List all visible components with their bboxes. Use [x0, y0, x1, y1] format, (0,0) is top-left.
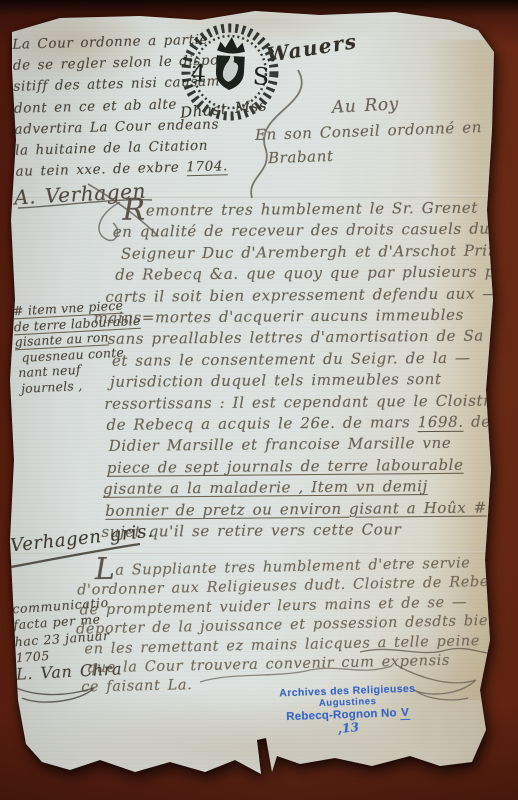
royal-address-line: Au Roy — [332, 94, 400, 117]
photo-of-document: La Cour ordonne a partie de se regler se… — [0, 0, 518, 800]
margin-note-communication: communicatio facta per me hac 23 januar … — [12, 595, 113, 667]
ordinance-date-year: 1704. — [186, 158, 228, 176]
paper-sheet-wrapper: La Cour ordonne a partie de se regler se… — [0, 0, 518, 800]
manuscript-line: de Rebecq a acquis le 26e. de mars 1698.… — [106, 411, 518, 436]
petition-paragraph-1: Remontre tres humblement le Sr. Grenet e… — [99, 197, 518, 543]
seal-denomination-right: S — [252, 62, 270, 91]
manuscript-line-text: de Rebecq a acquis le 26e. de mars — [106, 413, 417, 434]
royal-address-line: Brabant — [268, 147, 334, 167]
manuscript-line-text: emontre tres humblement le Sr. Grenet — [146, 199, 478, 220]
manuscript-line: piece de sept journals de terre labourab… — [107, 454, 518, 479]
manuscript-line-text: de — [464, 413, 491, 431]
petition-paragraph-2: La Suppliante tres humblement d'etre ser… — [81, 554, 510, 699]
seal-denomination-left: 4 — [190, 59, 207, 88]
manuscript-line: de Rebecq &a. que quoy que par plusieurs… — [115, 261, 518, 286]
manuscript-line: sujet qu'il se retire vers cette Cour — [101, 518, 518, 543]
margin-note-acquisition: # item vne piece de terre labourable gis… — [13, 297, 145, 397]
underlined-year: 1698. — [418, 413, 464, 432]
manuscript-line: bonnier de pretz ou environ gisant a Hoû… — [105, 497, 518, 522]
paper-sheet: La Cour ordonne a partie de se regler se… — [0, 0, 518, 800]
archive-stamp: Archives des Religieuses Augustines Rebe… — [277, 683, 419, 738]
stamp-handwritten-number: ,13 — [337, 720, 360, 736]
stamp-line-3: Rebecq-Rognon No V ,13 — [278, 707, 419, 738]
crown-icon — [217, 36, 246, 54]
manuscript-line: et sans le consentement du Seigr. de la … — [112, 347, 518, 372]
ordinance-date-text: au tein xxe. de exbre — [15, 160, 186, 180]
stamp-volume-number: V — [400, 707, 410, 720]
